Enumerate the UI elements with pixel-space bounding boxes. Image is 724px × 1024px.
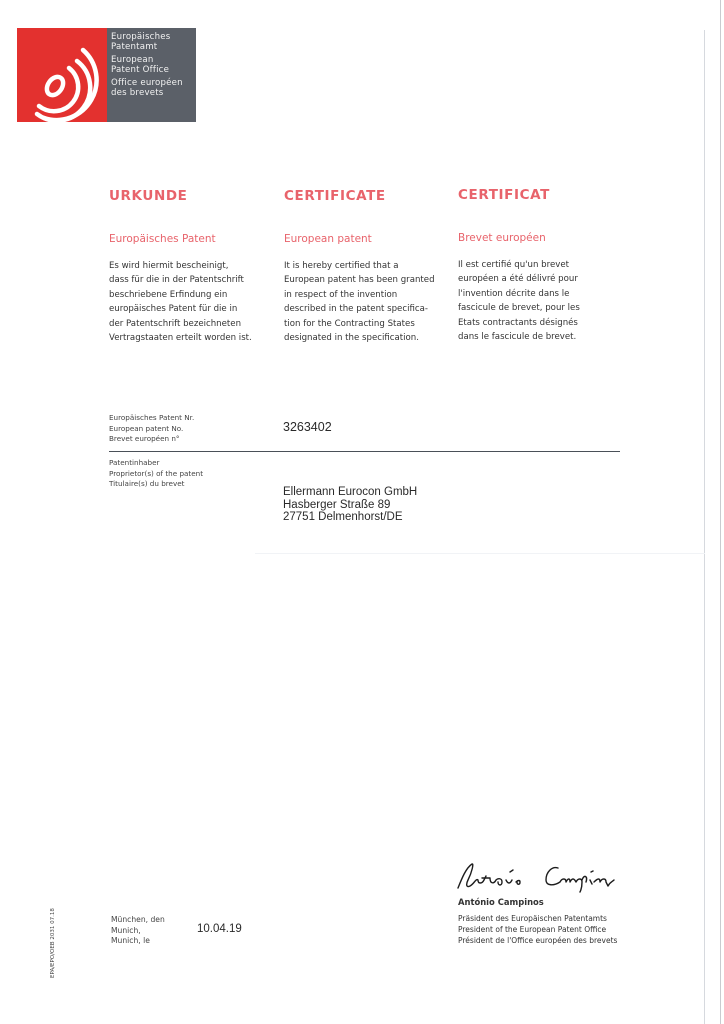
- signature-icon: [452, 858, 622, 894]
- subheading-en: European patent: [284, 233, 372, 245]
- heading-certificate: CERTIFICATE: [284, 188, 386, 204]
- proprietor-street: Hasberger Straße 89: [283, 499, 417, 512]
- signature: [452, 858, 622, 898]
- patent-number-label: Europäisches Patent Nr. European patent …: [109, 413, 194, 445]
- patent-number-value: 3263402: [283, 420, 332, 434]
- epo-logo: Europäisches Patentamt European Patent O…: [17, 28, 196, 122]
- epo-logo-text: Europäisches Patentamt European Patent O…: [107, 28, 196, 122]
- proprietor-address: Ellermann Eurocon GmbH Hasberger Straße …: [283, 486, 417, 524]
- signatory-titles: Präsident des Europäischen Patentamts Pr…: [458, 914, 617, 946]
- proprietor-label: Patentinhaber Proprietor(s) of the paten…: [109, 458, 203, 490]
- signatory-name: António Campinos: [458, 897, 544, 907]
- scan-edge-line: [720, 0, 721, 1024]
- certification-text-fr: Il est certifié qu'un brevet européen a …: [458, 258, 580, 344]
- scan-edge-line: [704, 30, 705, 1024]
- heading-urkunde: URKUNDE: [109, 188, 187, 204]
- epo-emblem-icon: [17, 28, 107, 122]
- proprietor-city: 27751 Delmenhorst/DE: [283, 511, 417, 524]
- subheading-de: Europäisches Patent: [109, 233, 216, 245]
- scan-artifact-line: [255, 553, 705, 554]
- certification-text-de: Es wird hiermit bescheinigt, dass für di…: [109, 259, 252, 345]
- heading-certificat: CERTIFICAT: [458, 187, 550, 203]
- divider: [109, 451, 620, 452]
- subheading-fr: Brevet européen: [458, 232, 546, 244]
- certification-text-en: It is hereby certified that a European p…: [284, 259, 435, 345]
- issue-date: 10.04.19: [197, 923, 242, 935]
- form-code: EPA/EPO/OEB 2031 07.18: [50, 908, 56, 978]
- proprietor-name: Ellermann Eurocon GmbH: [283, 486, 417, 499]
- place-label: München, den Munich, Munich, le: [111, 915, 165, 947]
